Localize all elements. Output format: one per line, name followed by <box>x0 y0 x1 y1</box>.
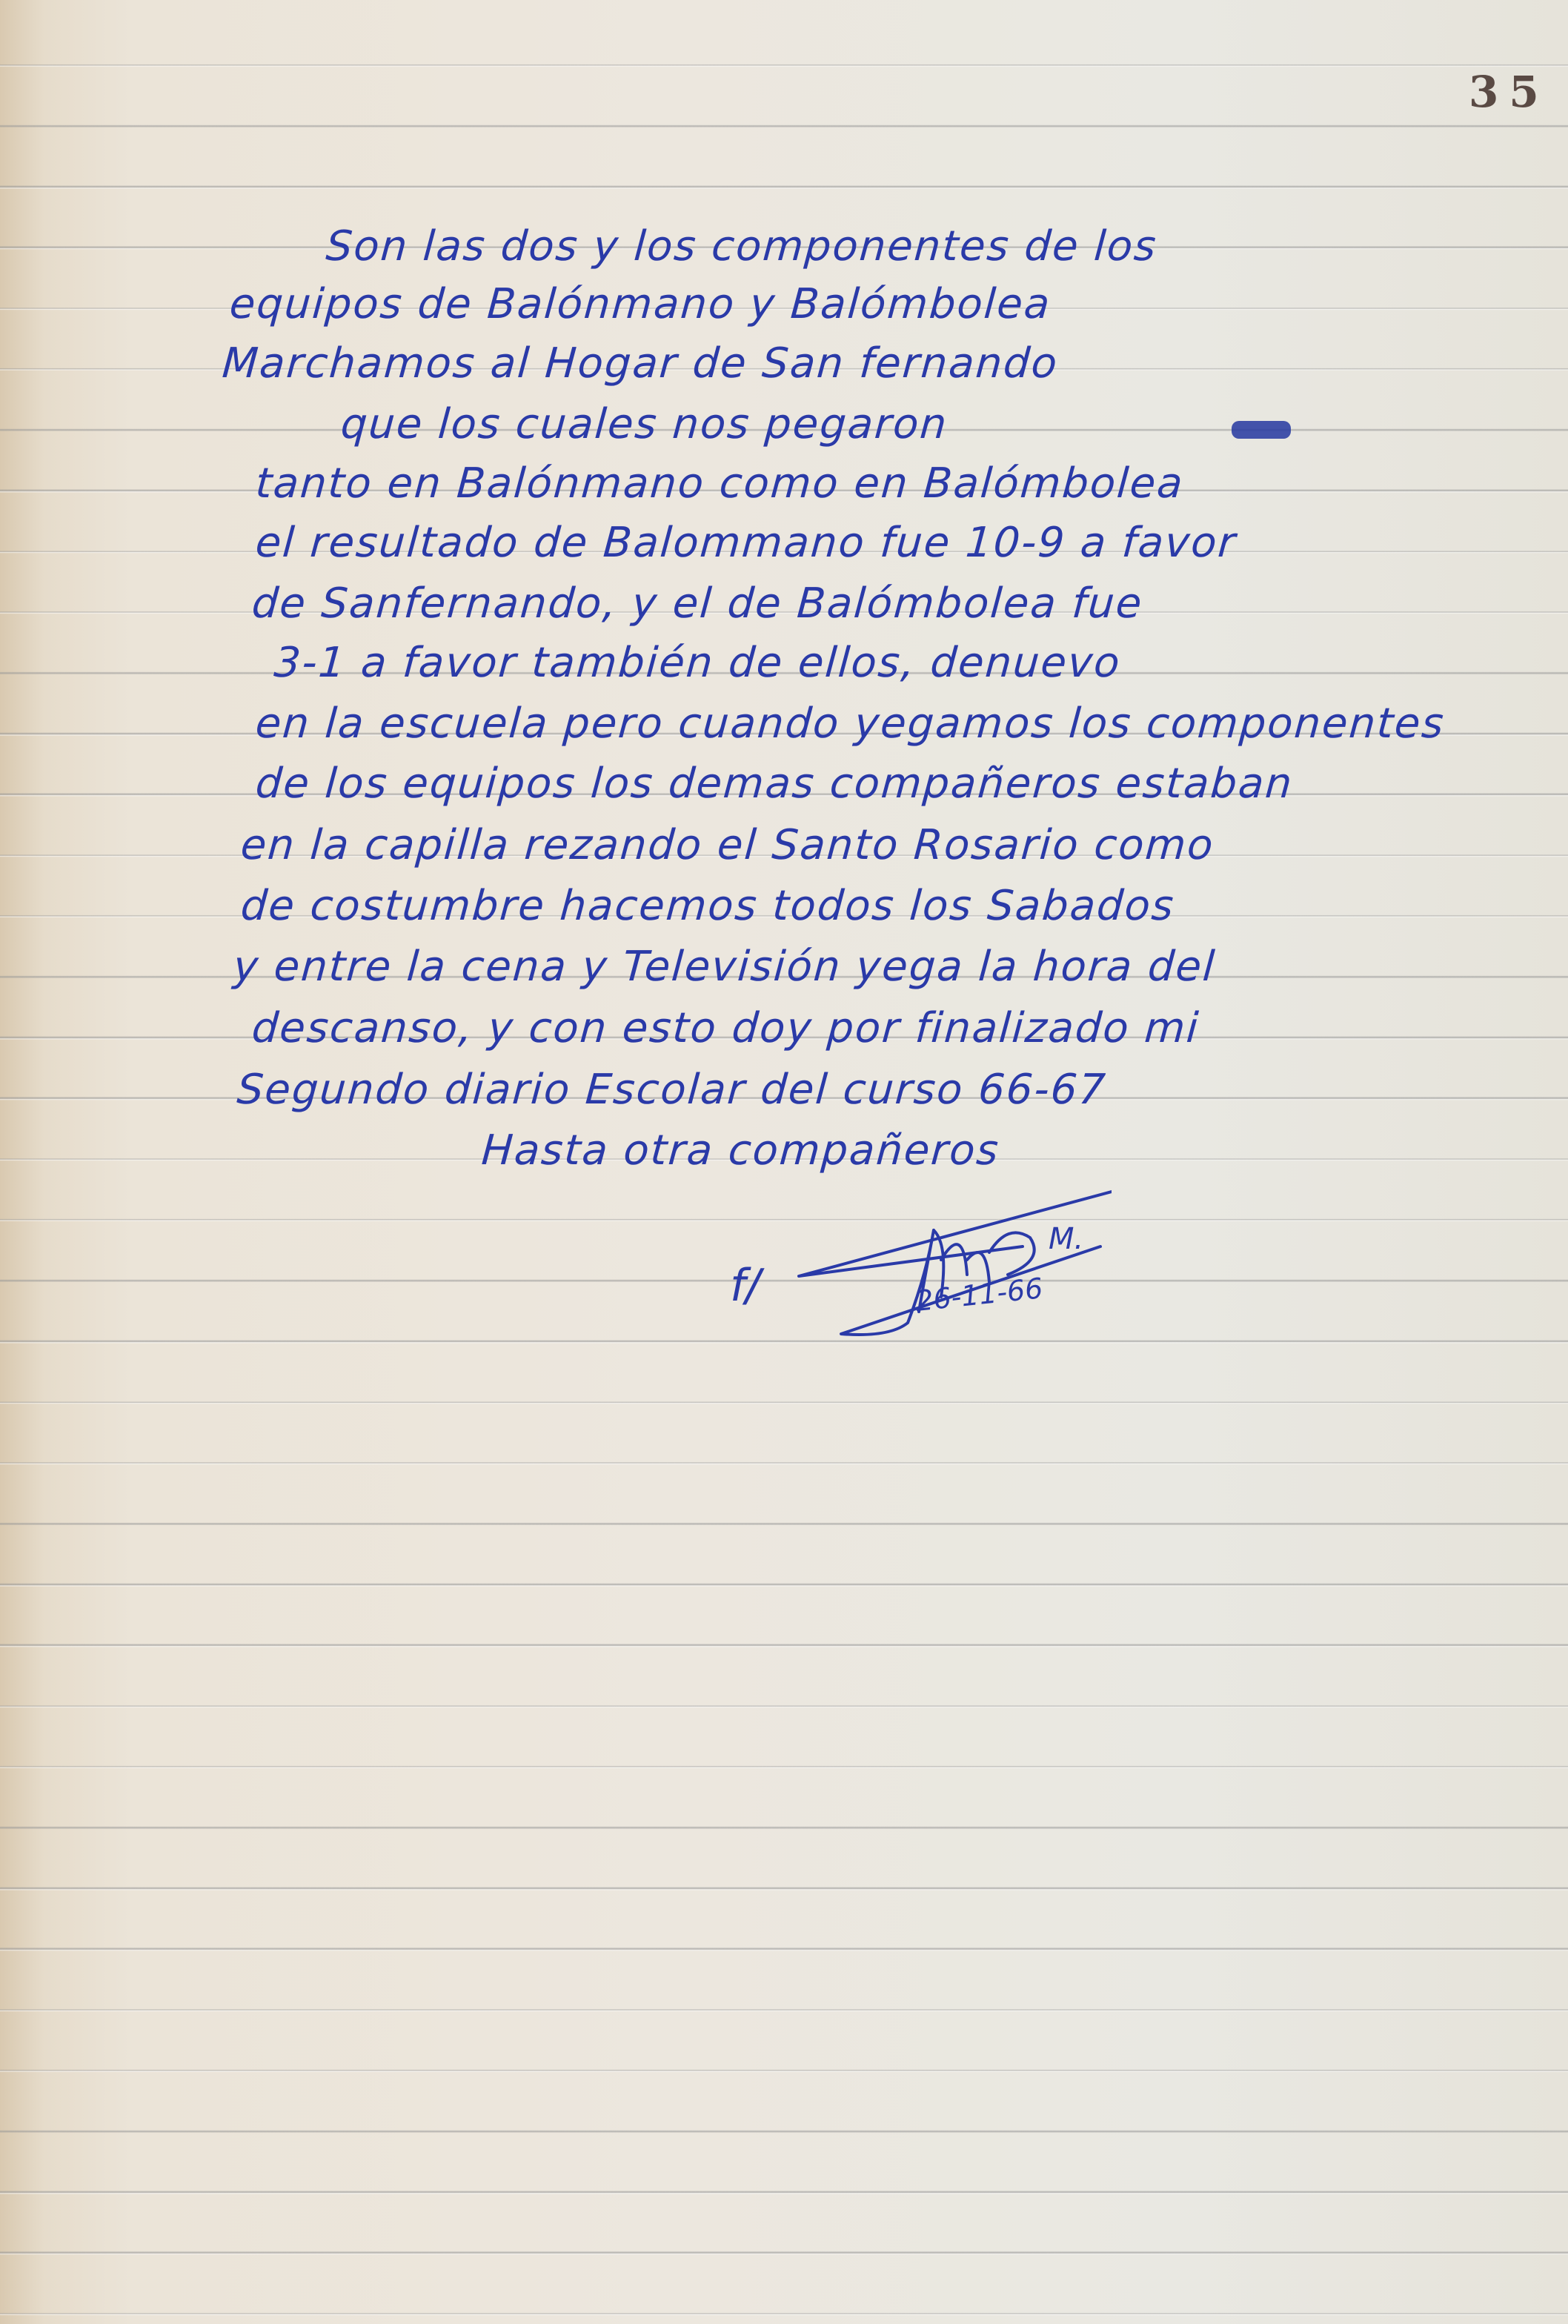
crossed-out-word <box>1232 421 1291 439</box>
handwritten-line: equipos de Balónmano y Balómbolea <box>228 280 1053 328</box>
handwritten-line: de Sanfernando, y el de Balómbolea fue <box>250 580 1145 628</box>
handwritten-line: Son las dos y los componentes de los <box>325 222 1159 270</box>
handwritten-line: en la escuela pero cuando yegamos los co… <box>254 700 1446 748</box>
handwritten-line: de los equipos los demas compañeros esta… <box>254 760 1295 808</box>
handwritten-line: Segundo diario Escolar del curso 66-67 <box>236 1066 1109 1114</box>
handwritten-line: el resultado de Balommano fue 10-9 a fav… <box>254 519 1238 567</box>
signature-icon: M. <box>711 1178 1112 1349</box>
handwritten-line: y entre la cena y Televisión yega la hor… <box>232 943 1217 991</box>
handwritten-line: de costumbre hacemos todos los Sabados <box>239 882 1177 930</box>
page-number: 35 <box>1469 67 1549 117</box>
handwritten-line: descanso, y con esto doy por finalizado … <box>250 1004 1201 1052</box>
handwritten-line: que los cuales nos pegaron <box>339 400 950 448</box>
handwritten-line: Hasta otra compañeros <box>480 1126 1001 1175</box>
handwritten-line: 3-1 a favor también de ellos, denuevo <box>273 639 1123 687</box>
handwritten-line: Marchamos al Hogar de San fernando <box>221 339 1060 388</box>
notebook-page: 35 Son las dos y los componentes de los … <box>0 0 1568 2324</box>
handwritten-line: tanto en Balónmano como en Balómbolea <box>254 459 1186 508</box>
signature-initial: M. <box>1049 1222 1083 1256</box>
handwritten-line: en la capilla rezando el Santo Rosario c… <box>239 821 1216 869</box>
